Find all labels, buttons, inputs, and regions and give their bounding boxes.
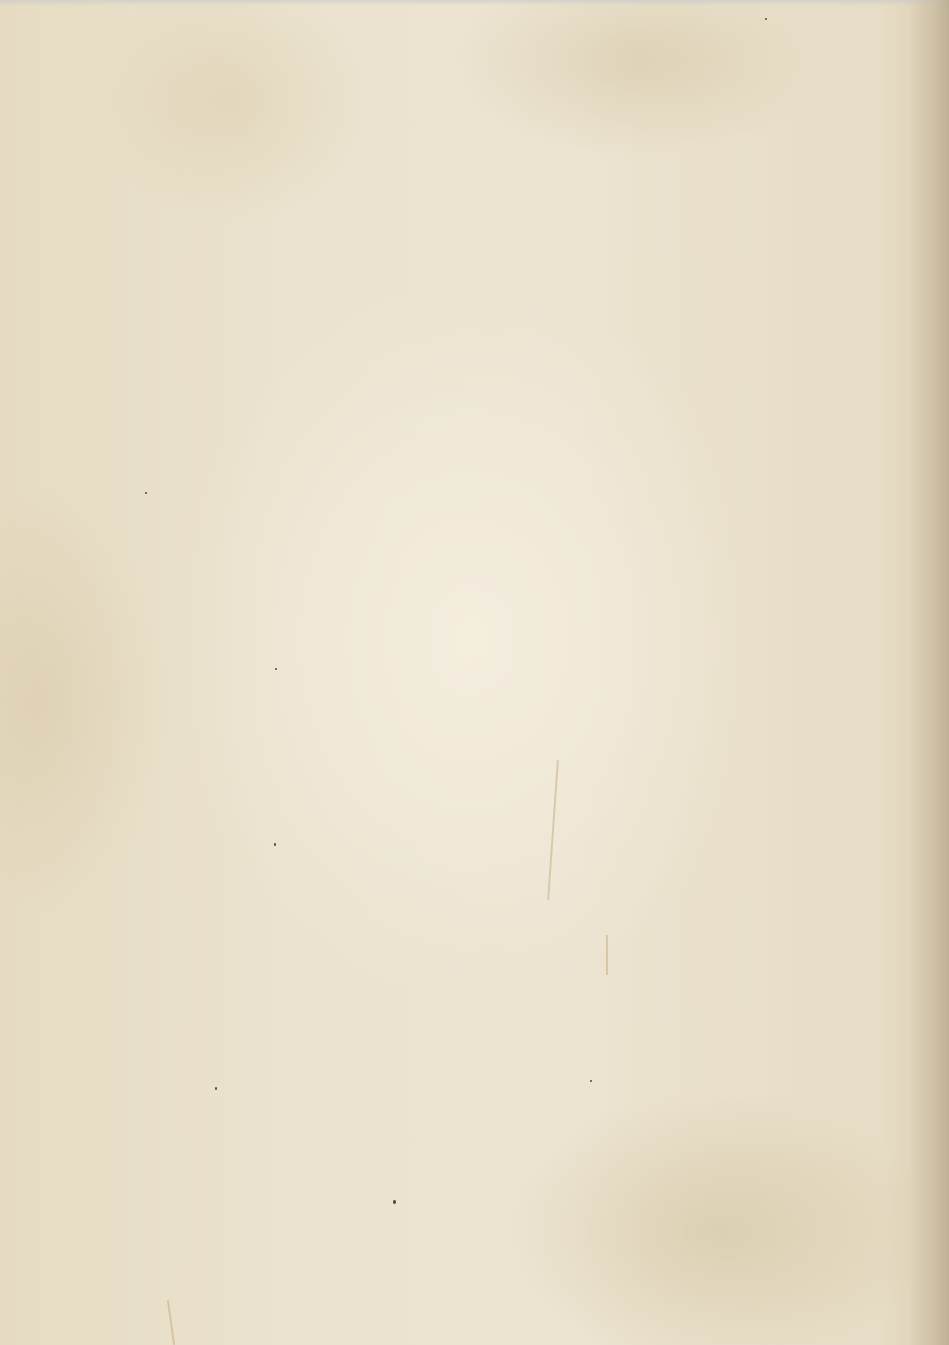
paper-crease: [606, 935, 608, 975]
ink-speck: [765, 18, 767, 20]
ink-speck: [145, 492, 147, 494]
paper-crease: [547, 760, 559, 900]
ink-speck: [274, 843, 276, 846]
blank-paper-page: [0, 0, 949, 1345]
ink-speck: [275, 668, 277, 670]
ink-speck: [590, 1080, 592, 1082]
ink-speck: [215, 1087, 217, 1090]
paper-crease: [167, 1300, 175, 1345]
ink-speck: [393, 1200, 396, 1204]
page-right-edge-shadow: [909, 0, 949, 1345]
page-top-edge: [0, 0, 949, 6]
